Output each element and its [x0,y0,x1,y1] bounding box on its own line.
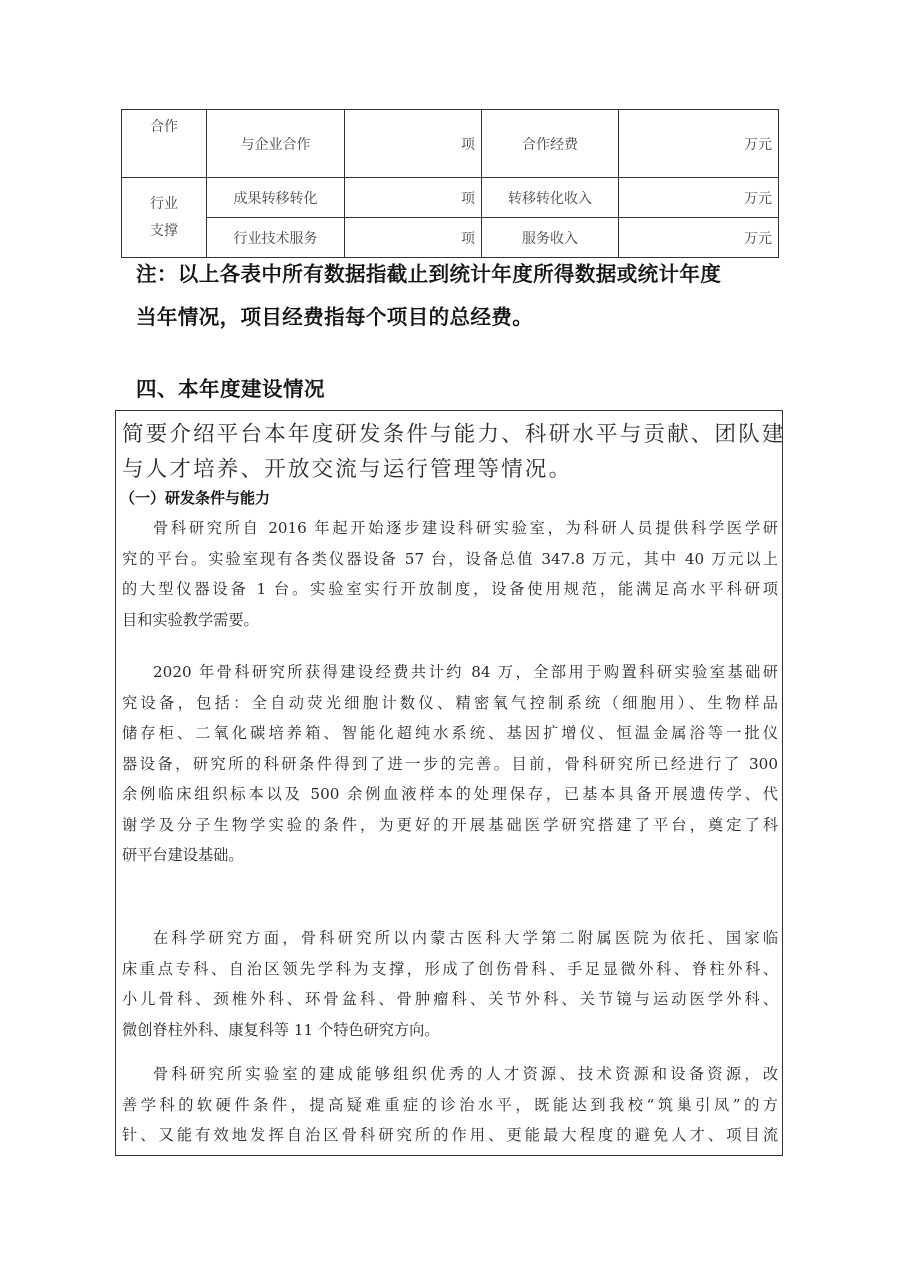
paragraph: 骨科研究所自 2016 年起开始逐步建设科研实验室，为科研人员提供科学医学研 究… [122,513,778,635]
category-line: 支撑 [122,218,206,245]
metric-label-cell: 转移转化收入 [482,178,619,218]
section-heading: 四、本年度建设情况 [136,372,325,402]
paragraph-line: 在科学研究方面，骨科研究所以内蒙古医科大学第二附属医院为依托、国家临 [122,923,778,954]
table-row: 行业技术服务 项 服务收入 万元 [122,218,779,258]
metric-label-cell: 合作经费 [482,110,619,178]
item-label-cell: 行业技术服务 [207,218,345,258]
paragraph-line: 器设备，研究所的科研条件得到了进一步的完善。目前，骨科研究所已经进行了 300 [122,749,778,780]
table-note-line: 当年情况，项目经费指每个项目的总经费。 [136,300,786,330]
table-note-line: 注：以上各表中所有数据指截止到统计年度所得数据或统计年度 [136,257,786,287]
category-cell: 行业 支撑 [122,178,207,258]
statistics-table: 合作 与企业合作 项 合作经费 万元 行业 支撑 成果转移转化 项 转移转化收入… [121,109,779,258]
paragraph-line: 善学科的软硬件条件，提高疑难重症的诊治水平，既能达到我校“筑巢引凤”的方 [122,1090,778,1121]
paragraph-line: 研平台建设基础。 [122,840,778,871]
count-cell: 项 [345,178,482,218]
paragraph-line: 余例临床组织标本以及 500 余例血液样本的处理保存，已基本具备开展遗传学、代 [122,779,778,810]
count-cell: 项 [345,110,482,178]
paragraph-line: 床重点专科、自治区领先学科为支撑，形成了创伤骨科、手足显微外科、脊柱外科、 [122,954,778,985]
paragraph-line: 针、又能有效地发挥自治区骨科研究所的作用、更能最大程度的避免人才、项目流 [122,1120,778,1151]
metric-value-cell: 万元 [619,110,779,178]
count-cell: 项 [345,218,482,258]
paragraph-line: 谢学及分子生物学实验的条件，为更好的开展基础医学研究搭建了平台，奠定了科 [122,810,778,841]
paragraph-line: 小儿骨科、颈椎外科、环骨盆科、骨肿瘤科、关节外科、关节镜与运动医学外科、 [122,984,778,1015]
paragraph-line: 骨科研究所实验室的建成能够组织优秀的人才资源、技术资源和设备资源，改 [122,1059,778,1090]
category-cell: 合作 [122,110,207,178]
paragraph-line: 储存柜、二氧化碳培养箱、智能化超纯水系统、基因扩增仪、恒温金属浴等一批仪 [122,718,778,749]
paragraph-line: 究的平台。实验室现有各类仪器设备 57 台，设备总值 347.8 万元，其中 4… [122,544,778,575]
paragraph-line: 骨科研究所自 2016 年起开始逐步建设科研实验室，为科研人员提供科学医学研 [122,513,778,544]
paragraph: 在科学研究方面，骨科研究所以内蒙古医科大学第二附属医院为依托、国家临 床重点专科… [122,923,778,1045]
metric-value-cell: 万元 [619,178,779,218]
subsection-heading: （一）研发条件与能力 [120,487,270,508]
paragraph-line: 微创脊柱外科、康复科等 11 个特色研究方向。 [122,1015,778,1046]
category-line: 行业 [122,191,206,218]
intro-prompt-line: 简要介绍平台本年度研发条件与能力、科研水平与贡献、团队建设 [122,417,783,448]
paragraph-line: 究设备，包括：全自动荧光细胞计数仪、精密氧气控制系统（细胞用）、生物样品 [122,688,778,719]
construction-content-box: 简要介绍平台本年度研发条件与能力、科研水平与贡献、团队建设 与人才培养、开放交流… [115,410,783,1156]
paragraph: 2020 年骨科研究所获得建设经费共计约 84 万，全部用于购置科研实验室基础研… [122,657,778,871]
metric-value-cell: 万元 [619,218,779,258]
table-row: 合作 与企业合作 项 合作经费 万元 [122,110,779,178]
paragraph-line: 2020 年骨科研究所获得建设经费共计约 84 万，全部用于购置科研实验室基础研 [122,657,778,688]
item-label-cell: 与企业合作 [207,110,345,178]
metric-label-cell: 服务收入 [482,218,619,258]
paragraph-line: 目和实验教学需要。 [122,605,778,636]
item-label-cell: 成果转移转化 [207,178,345,218]
intro-prompt-line: 与人才培养、开放交流与运行管理等情况。 [122,452,572,483]
table-row: 行业 支撑 成果转移转化 项 转移转化收入 万元 [122,178,779,218]
paragraph: 骨科研究所实验室的建成能够组织优秀的人才资源、技术资源和设备资源，改 善学科的软… [122,1059,778,1151]
paragraph-line: 的大型仪器设备 1 台。实验室实行开放制度，设备使用规范，能满足高水平科研项 [122,574,778,605]
